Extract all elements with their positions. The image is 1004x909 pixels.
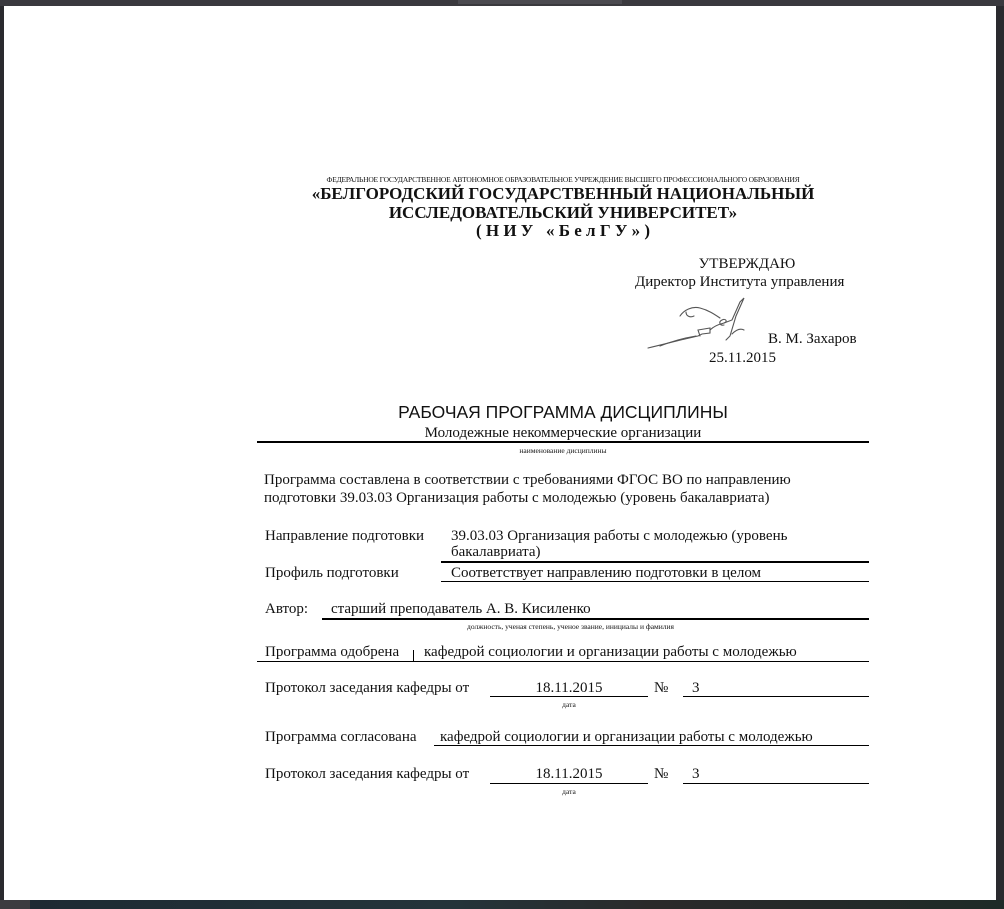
profile-label: Профиль подготовки (265, 565, 399, 582)
protocol1-number-label: № (654, 680, 668, 697)
direction-value-line2: бакалавриата) (451, 544, 541, 561)
approver-position: Директор Института управления (635, 274, 844, 291)
protocol1-number: 3 (692, 680, 700, 697)
author-value: старший преподаватель А. В. Кисиленко (331, 601, 591, 618)
protocol1-number-underline (683, 696, 869, 697)
university-name-line2: ИССЛЕДОВАТЕЛЬСКИЙ УНИВЕРСИТЕТ» (248, 203, 878, 223)
protocol1-date-underline (490, 696, 648, 697)
direction-underline (441, 561, 869, 563)
protocol2-number: 3 (692, 766, 700, 783)
agreed-underline (434, 745, 869, 746)
window-right-border (996, 6, 1004, 900)
approved-divider (413, 650, 414, 661)
approved-value: кафедрой социологии и организации работы… (424, 644, 797, 661)
protocol2-number-underline (683, 783, 869, 784)
approve-label: УТВЕРЖДАЮ (632, 256, 862, 273)
protocol2-date: 18.11.2015 (490, 766, 648, 783)
university-short-name: ( Н И У « Б е л Г У » ) (248, 221, 878, 241)
signer-name: В. М. Захаров (768, 331, 857, 348)
signature-icon (640, 296, 760, 356)
discipline-underline (257, 441, 869, 443)
desktop-taskbar-strip (0, 900, 1004, 909)
protocol2-date-underline (490, 783, 648, 784)
agreed-label: Программа согласована (265, 729, 417, 746)
document-title: РАБОЧАЯ ПРОГРАММА ДИСЦИПЛИНЫ (248, 402, 878, 423)
profile-value: Соответствует направлению подготовки в ц… (451, 565, 761, 582)
direction-label: Направление подготовки (265, 528, 424, 545)
federal-line: ФЕДЕРАЛЬНОЕ ГОСУДАРСТВЕННОЕ АВТОНОМНОЕ О… (248, 175, 878, 184)
document-page: ФЕДЕРАЛЬНОЕ ГОСУДАРСТВЕННОЕ АВТОНОМНОЕ О… (4, 6, 996, 900)
profile-underline (441, 581, 869, 582)
author-label: Автор: (265, 601, 308, 618)
protocol1-label: Протокол заседания кафедры от (265, 680, 469, 697)
author-caption: должность, ученая степень, ученое звание… (467, 622, 674, 631)
discipline-caption: наименование дисциплины (248, 446, 878, 455)
window-tab[interactable] (458, 0, 622, 4)
university-name-line1: «БЕЛГОРОДСКИЙ ГОСУДАРСТВЕННЫЙ НАЦИОНАЛЬН… (248, 184, 878, 204)
protocol2-number-label: № (654, 766, 668, 783)
approved-underline (257, 661, 869, 662)
agreed-value: кафедрой социологии и организации работы… (440, 729, 813, 746)
intro-line2: подготовки 39.03.03 Организация работы с… (264, 490, 770, 507)
intro-line1: Программа составлена в соответствии с тр… (264, 472, 791, 489)
discipline-name: Молодежные некоммерческие организации (248, 425, 878, 442)
approved-label: Программа одобрена (265, 644, 399, 661)
protocol1-date: 18.11.2015 (490, 680, 648, 697)
protocol1-date-caption: дата (490, 700, 648, 709)
direction-value-line1: 39.03.03 Организация работы с молодежью … (451, 528, 787, 545)
protocol2-date-caption: дата (490, 787, 648, 796)
author-underline (322, 618, 869, 620)
approval-date: 25.11.2015 (709, 350, 776, 367)
protocol2-label: Протокол заседания кафедры от (265, 766, 469, 783)
